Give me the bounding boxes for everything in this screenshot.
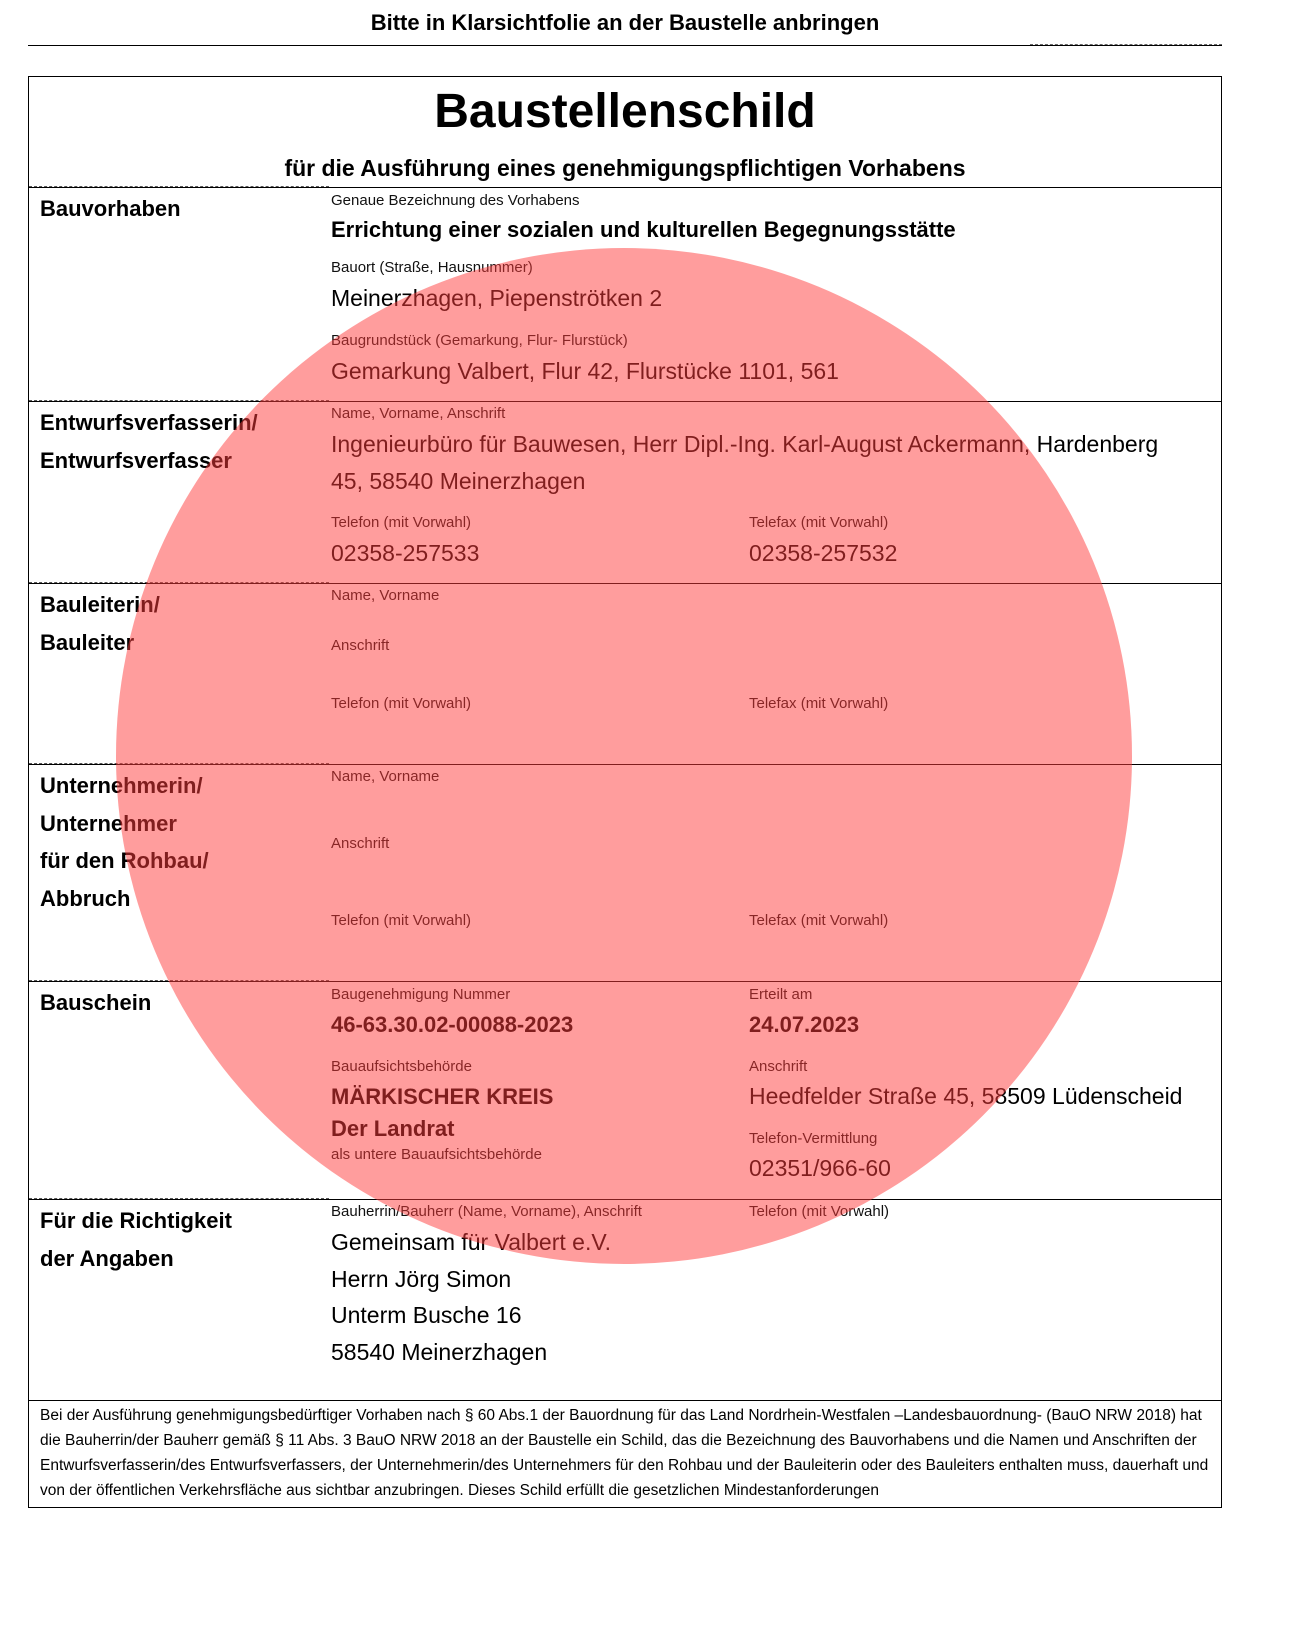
- owner-line: Herrn Jörg Simon: [331, 1261, 511, 1298]
- section-label: Unternehmerin/ Unternehmer für den Rohba…: [40, 767, 209, 917]
- instruction-note: Bitte in Klarsichtfolie an der Baustelle…: [28, 6, 1222, 40]
- legal-footer: Bei der Ausführung genehmigungsbedürftig…: [29, 1400, 1221, 1507]
- section-label-line: Entwurfsverfasser: [40, 442, 258, 480]
- section-label-line: Unternehmerin/: [40, 767, 209, 805]
- field-label: Telefax (mit Vorwahl): [749, 694, 888, 714]
- section-label-line: Für die Richtigkeit: [40, 1202, 232, 1240]
- field-label: Bauherrin/Bauherr (Name, Vorname), Ansch…: [331, 1202, 642, 1222]
- authority-subname: Der Landrat: [331, 1113, 454, 1144]
- section-label-line: für den Rohbau/: [40, 842, 209, 880]
- section-label: Entwurfsverfasserin/ Entwurfsverfasser: [40, 404, 258, 479]
- field-label: Baugrundstück (Gemarkung, Flur- Flurstüc…: [331, 331, 628, 351]
- section-bauschein: Bauschein Baugenehmigung Nummer 46-63.30…: [29, 981, 1221, 1199]
- section-label-line: Abbruch: [40, 880, 209, 918]
- field-label: Anschrift: [331, 834, 389, 854]
- field-label: Bauaufsichtsbehörde: [331, 1057, 472, 1077]
- section-richtigkeit: Für die Richtigkeit der Angaben Bauherri…: [29, 1199, 1221, 1409]
- authority-phone: 02351/966-60: [749, 1150, 891, 1187]
- permit-number: 46-63.30.02-00088-2023: [331, 1009, 573, 1040]
- owner-line: 58540 Meinerzhagen: [331, 1334, 547, 1371]
- section-label: Bauleiterin/ Bauleiter: [40, 586, 160, 661]
- owner-line: Gemeinsam für Valbert e.V.: [331, 1224, 611, 1261]
- section-label: Für die Richtigkeit der Angaben: [40, 1202, 232, 1277]
- field-label: Name, Vorname: [331, 767, 439, 787]
- field-label: Bauort (Straße, Hausnummer): [331, 258, 533, 278]
- section-entwurfsverfasser: Entwurfsverfasserin/ Entwurfsverfasser N…: [29, 401, 1221, 583]
- field-label: Anschrift: [749, 1057, 807, 1077]
- designer-fax: 02358-257532: [749, 535, 897, 572]
- section-label-line: Bauleiter: [40, 624, 160, 662]
- project-description: Errichtung einer sozialen und kulturelle…: [331, 214, 956, 245]
- field-label: Anschrift: [331, 636, 389, 656]
- section-bauleiter: Bauleiterin/ Bauleiter Name, Vorname Ans…: [29, 583, 1221, 764]
- section-label: Bauvorhaben: [40, 190, 181, 228]
- sign-subtitle: für die Ausführung eines genehmigungspfl…: [29, 153, 1221, 183]
- field-label: Erteilt am: [749, 985, 812, 1005]
- authority-name: MÄRKISCHER KREIS: [331, 1081, 553, 1112]
- section-label-line: Bauleiterin/: [40, 586, 160, 624]
- authority-note: als untere Bauaufsichtsbehörde: [331, 1145, 542, 1165]
- field-label: Telefax (mit Vorwahl): [749, 911, 888, 931]
- section-label: Bauschein: [40, 984, 151, 1022]
- section-bauvorhaben: Bauvorhaben Genaue Bezeichnung des Vorha…: [29, 187, 1221, 401]
- top-divider-dashed: [1030, 44, 1222, 45]
- field-label: Telefon (mit Vorwahl): [749, 1202, 889, 1222]
- section-label-line: Unternehmer: [40, 805, 209, 843]
- designer-phone: 02358-257533: [331, 535, 479, 572]
- sign-title: Baustellenschild: [29, 83, 1221, 141]
- construction-sign: Baustellenschild für die Ausführung eine…: [28, 76, 1222, 1508]
- field-label: Telefax (mit Vorwahl): [749, 513, 888, 533]
- top-divider: [28, 45, 1222, 46]
- section-label-line: Entwurfsverfasserin/: [40, 404, 258, 442]
- project-plot: Gemarkung Valbert, Flur 42, Flurstücke 1…: [331, 353, 839, 390]
- field-label: Telefon (mit Vorwahl): [331, 513, 471, 533]
- authority-address: Heedfelder Straße 45, 58509 Lüdenscheid: [749, 1078, 1182, 1115]
- field-label: Genaue Bezeichnung des Vorhabens: [331, 191, 580, 211]
- section-unternehmer: Unternehmerin/ Unternehmer für den Rohba…: [29, 764, 1221, 981]
- field-label: Telefon (mit Vorwahl): [331, 911, 471, 931]
- field-label: Telefon (mit Vorwahl): [331, 694, 471, 714]
- field-label: Name, Vorname: [331, 586, 439, 606]
- designer-name-line: Ingenieurbüro für Bauwesen, Herr Dipl.-I…: [331, 426, 1158, 463]
- project-location: Meinerzhagen, Piepenströtken 2: [331, 280, 662, 317]
- field-label: Name, Vorname, Anschrift: [331, 404, 505, 424]
- owner-line: Unterm Busche 16: [331, 1297, 521, 1334]
- field-label: Telefon-Vermittlung: [749, 1129, 877, 1149]
- field-label: Baugenehmigung Nummer: [331, 985, 510, 1005]
- section-label-line: der Angaben: [40, 1240, 232, 1278]
- permit-date: 24.07.2023: [749, 1009, 859, 1040]
- designer-name-line: 45, 58540 Meinerzhagen: [331, 463, 585, 500]
